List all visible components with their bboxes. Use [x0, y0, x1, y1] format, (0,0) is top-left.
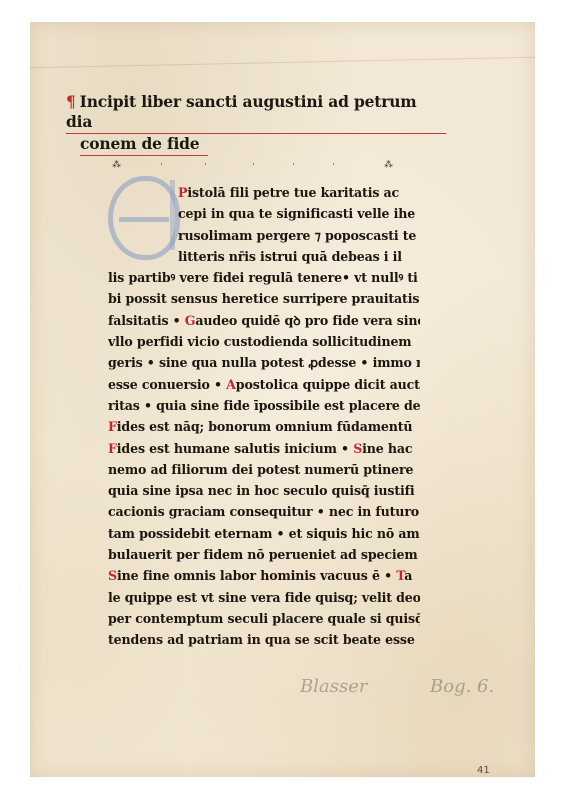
text-line: lis partibꝰ vere fidei regulā tenere• vt… [108, 267, 420, 288]
body-text: Pistolā fili petre tue karitatis ac cepi… [108, 182, 420, 651]
text-line: falsitatis • Gaudeo quidē qꝺ pro fide ve… [108, 310, 420, 331]
pencil-annotation-right: Bog. 6. [430, 676, 494, 697]
text-line: cepi in qua te significasti velle ihe [108, 203, 420, 224]
text-line: per contemptum seculi placere quale si q… [108, 608, 420, 629]
neume-mark: · [292, 160, 295, 170]
text-line: bi possit sensus heretice surripere prau… [108, 288, 420, 309]
musical-neume-marks: ⁂ · · · · · ⁂ [112, 160, 412, 178]
neume-mark: · [332, 160, 335, 170]
neume-mark: · [160, 160, 163, 170]
paper-crease [30, 57, 535, 69]
text-line: Fides est humane salutis inicium • Sine … [108, 438, 420, 459]
neume-mark: ⁂ [384, 160, 393, 170]
text-line: bulauerit per fidem nō perueniet ad spec… [108, 544, 420, 565]
text-line: litteris nr̄is istrui quā debeas i il [108, 246, 420, 267]
paragraph-mark-icon: ¶ [66, 92, 76, 111]
text-line: esse conuersio • Apostolica quippe dicit… [108, 374, 420, 395]
incipit-line-1: ¶Incipit liber sancti augustini ad petru… [66, 92, 446, 134]
text-line: cacionis graciam consequitur • nec in fu… [108, 501, 420, 522]
text-line: ritas • quia sine fide īpossibile est pl… [108, 395, 420, 416]
text-line: tam possidebit eternam • et siquis hic n… [108, 523, 420, 544]
text-line: le quippe est vt sine vera fide quisq; v… [108, 587, 420, 608]
text-line: vllo perfidi vicio custodienda sollicitu… [108, 331, 420, 352]
incipit-heading: ¶Incipit liber sancti augustini ad petru… [66, 92, 446, 156]
text-line: tendens ad patriam in qua se scit beate … [108, 629, 420, 650]
text-line: rusolimam pergere ⁊ poposcasti te [108, 225, 420, 246]
incipit-line-2: conem de fide [80, 134, 208, 156]
neume-mark: · [252, 160, 255, 170]
neume-mark: ⁂ [112, 160, 121, 170]
neume-mark: · [204, 160, 207, 170]
text-line: quia sine ipsa nec in hoc seculo quisq̄ … [108, 480, 420, 501]
text-line: Sine fine omnis labor hominis vacuus ē •… [108, 565, 420, 586]
pencil-annotation-left: Blasser [300, 676, 367, 697]
text-line: Fides est nāq; bonorum omnium fūdamentū [108, 416, 420, 437]
folio-number: 41 [477, 765, 490, 776]
text-line: nemo ad filiorum dei potest numerū ptine… [108, 459, 420, 480]
text-line: geris • sine qua nulla potest ꝓdesse • i… [108, 352, 420, 373]
text-line: Pistolā fili petre tue karitatis ac [108, 182, 420, 203]
